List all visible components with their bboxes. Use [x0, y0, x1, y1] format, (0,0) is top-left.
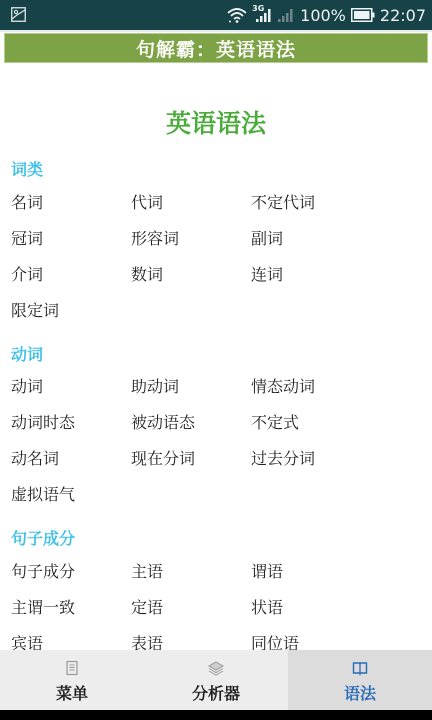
status-bar: 3G 100% 22:07 — [0, 0, 432, 30]
grammar-link[interactable]: 形容词 — [131, 226, 179, 249]
tab-analyzer[interactable]: 分析器 — [144, 650, 288, 710]
grammar-link[interactable]: 限定词 — [11, 298, 59, 321]
document-icon — [64, 660, 80, 676]
grammar-link[interactable]: 句子成分 — [11, 559, 75, 582]
tab-label: 菜单 — [56, 681, 88, 704]
grammar-link[interactable]: 主语 — [131, 559, 163, 582]
signal-empty-icon — [277, 6, 295, 24]
grammar-link[interactable]: 被动语态 — [131, 410, 195, 433]
grammar-link[interactable]: 过去分词 — [251, 446, 315, 469]
grammar-link[interactable]: 代词 — [131, 190, 163, 213]
gallery-notification-icon — [11, 7, 26, 22]
grammar-link[interactable]: 情态动词 — [251, 374, 315, 397]
app-title: 句解霸：英语语法 — [136, 35, 296, 62]
grammar-link[interactable]: 主谓一致 — [11, 595, 75, 618]
grammar-link[interactable]: 名词 — [11, 190, 43, 213]
grammar-link[interactable]: 虚拟语气 — [11, 482, 75, 505]
battery-icon — [351, 8, 375, 22]
grammar-link[interactable]: 同位语 — [251, 631, 299, 650]
grammar-link[interactable]: 不定式 — [251, 410, 299, 433]
grammar-link[interactable]: 谓语 — [251, 559, 283, 582]
grammar-link[interactable]: 介词 — [11, 262, 43, 285]
section-header-sentence-elements: 句子成分 — [11, 526, 75, 549]
grammar-content[interactable]: 英语语法 词类 名词 代词 不定代词 冠词 形容词 副词 介词 数词 连词 限定… — [0, 64, 432, 650]
grammar-link[interactable]: 动词 — [11, 374, 43, 397]
page-title: 英语语法 — [0, 104, 432, 140]
grammar-link[interactable]: 定语 — [131, 595, 163, 618]
book-icon — [352, 660, 368, 676]
section-header-word-classes: 词类 — [11, 157, 43, 180]
tab-label: 分析器 — [192, 681, 240, 704]
tab-grammar[interactable]: 语法 — [288, 650, 432, 710]
system-nav-area — [0, 710, 432, 720]
layers-icon — [208, 660, 224, 676]
tab-menu[interactable]: 菜单 — [0, 650, 144, 710]
grammar-link[interactable]: 动词时态 — [11, 410, 75, 433]
grammar-link[interactable]: 冠词 — [11, 226, 43, 249]
wifi-icon — [227, 7, 247, 23]
grammar-link[interactable]: 连词 — [251, 262, 283, 285]
section-header-verbs: 动词 — [11, 342, 43, 365]
grammar-link[interactable]: 宾语 — [11, 631, 43, 650]
grammar-link[interactable]: 动名词 — [11, 446, 59, 469]
grammar-link[interactable]: 状语 — [251, 595, 283, 618]
battery-percent: 100% — [300, 6, 346, 25]
grammar-link[interactable]: 不定代词 — [251, 190, 315, 213]
grammar-link[interactable]: 副词 — [251, 226, 283, 249]
signal-3g-icon: 3G — [252, 6, 272, 24]
grammar-link[interactable]: 数词 — [131, 262, 163, 285]
grammar-link[interactable]: 表语 — [131, 631, 163, 650]
grammar-link[interactable]: 助动词 — [131, 374, 179, 397]
clock: 22:07 — [380, 6, 426, 25]
tab-label: 语法 — [344, 681, 376, 704]
status-divider — [0, 30, 432, 32]
grammar-link[interactable]: 现在分词 — [131, 446, 195, 469]
bottom-tab-bar: 菜单 分析器 语法 — [0, 650, 432, 710]
app-bar: 句解霸：英语语法 — [4, 33, 428, 63]
